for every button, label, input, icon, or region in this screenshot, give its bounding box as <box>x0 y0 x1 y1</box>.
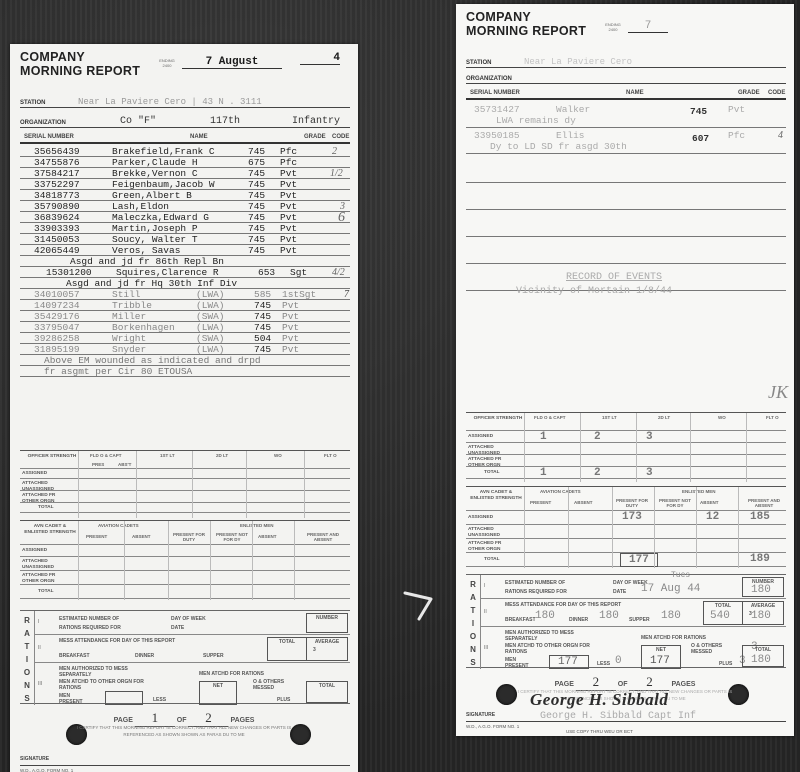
title-line-1: COMPANY <box>466 10 586 24</box>
absent-value: 12 <box>706 511 719 523</box>
col-grade: GRADE <box>304 134 326 140</box>
col-label: PRESENT AND ABSENT <box>300 532 346 542</box>
col-label: PRESENT FOR DUTY <box>616 498 648 508</box>
date-value: 17 Aug 44 <box>641 583 700 595</box>
wounded-row: 14097234Tribble(LWA)745Pvt <box>20 300 350 311</box>
entry-row: 35790890Lash,Eldon745Pvt3 <box>20 201 350 212</box>
entry-row: 33752297Feigenbaum,Jacob W745Pvt <box>20 179 350 190</box>
wounded-row: 33795047Borkenhagen(LWA)745Pvt <box>20 322 350 333</box>
total-box: TOTAL <box>267 637 307 661</box>
assigned-value: 1 <box>540 431 547 443</box>
form-title: COMPANY MORNING REPORT <box>466 10 586 38</box>
note-row: Asgd and jd fr Hq 30th Inf Div <box>20 278 350 289</box>
column-header: SERIAL NUMBER NAME GRADE CODE <box>466 88 786 100</box>
group-label: FLT O <box>766 415 779 420</box>
net-box: NET177 <box>641 645 681 669</box>
ending-date: 7 <box>628 20 668 33</box>
wounded-row: 31895199Snyder(LWA)745Pvt <box>20 344 350 355</box>
group-label: ENLISTED MEN <box>240 523 274 528</box>
dinner-value: 180 <box>599 610 619 622</box>
number-box: NUMBER <box>306 613 348 633</box>
group-label: FLT O <box>324 453 337 458</box>
entry-row: 15301200Squires,Clarence R653Sgt4/2 <box>20 267 350 278</box>
men-present-box <box>105 691 143 705</box>
row-label: TOTAL <box>484 557 500 563</box>
note-row: Above EM wounded as indicated and drpd <box>20 355 350 366</box>
col-grade: GRADE <box>738 90 760 96</box>
average-box: AVERAGE <box>306 637 348 661</box>
wounded-row: 34010057Still(LWA)5851stSgt7 <box>20 289 350 300</box>
station-label: STATION <box>466 60 491 66</box>
officer-strength-table: OFFICER STRENGTH FLD O & CAPT 1ST LT 2D … <box>20 450 350 518</box>
footer-note: USE COPY THRU WEU OR BCT <box>566 729 633 734</box>
present-for-duty-value: 173 <box>622 511 642 523</box>
group-label: AVIATION CADETS <box>540 489 581 494</box>
rations-men: III MEN AUTHORIZED TO MESS SEPARATELY ME… <box>34 663 350 705</box>
entry-row: 35656439Brakefield,Frank C745Pfc2 <box>20 146 350 157</box>
officer-strength-label: OFFICER STRENGTH <box>468 416 528 422</box>
wounded-row: 39286258Wright(SWA)504Pvt <box>20 333 350 344</box>
rations-total-box: TOTAL <box>306 681 348 703</box>
entry-row: 31450053Soucy, Walter T745Pvt <box>20 234 350 245</box>
officer-strength-label: OFFICER STRENGTH <box>22 454 82 460</box>
ending-date: 7 August <box>182 56 282 69</box>
group-label: ENLISTED MEN <box>682 489 716 494</box>
margin-initials: JK <box>768 382 788 403</box>
col-label: ABSENT <box>700 500 719 505</box>
ending-label: ENDING 2400 <box>158 58 176 68</box>
col-serial: SERIAL NUMBER <box>470 90 520 96</box>
day-of-week-value: Tues <box>671 571 690 580</box>
station-value: Near La Paviere Cero <box>524 57 632 67</box>
total-present-and-absent: 189 <box>750 553 770 565</box>
col-code: CODE <box>332 134 349 140</box>
assigned-value: 3 <box>646 431 653 443</box>
entry-row: 34755876Parker,Claude H675Pfc <box>20 157 350 168</box>
row-label: ATTACHED UNASSIGNED <box>22 559 62 571</box>
column-header: SERIAL NUMBER NAME GRADE CODE <box>20 132 350 144</box>
men-present-box: 177 <box>549 655 589 669</box>
net-box: NET <box>199 681 237 705</box>
org-company: Co "F" <box>120 116 156 127</box>
average-box: AVERAGE180 <box>742 601 784 625</box>
col-code: CODE <box>768 90 785 96</box>
signature-line: SIGNATURE <box>20 756 350 766</box>
station-value: Near La Paviere Cero | 43 N . 3111 <box>78 97 262 107</box>
row-label: ATTACHED UNASSIGNED <box>468 527 508 539</box>
less-value: 0 <box>615 655 622 667</box>
organization-label: ORGANIZATION <box>466 76 512 82</box>
record-of-events-title: RECORD OF EVENTS <box>566 272 662 283</box>
col-label: ABSENT <box>574 500 593 505</box>
group-label: 1ST LT <box>160 453 175 458</box>
entries-list: 35656439Brakefield,Frank C745Pfc2 347558… <box>20 146 350 377</box>
hand-drawn-seven-marker <box>403 589 441 621</box>
total-value: 1 <box>540 467 547 479</box>
supper-value: 180 <box>661 610 681 622</box>
left-morning-report: COMPANY MORNING REPORT ENDING 2400 7 Aug… <box>10 44 358 772</box>
group-label: FLD O & CAPT <box>90 453 122 458</box>
assigned-value: 2 <box>594 431 601 443</box>
present-and-absent-value: 185 <box>750 511 770 523</box>
ending-label: ENDING 2400 <box>604 22 622 32</box>
subcol-label: ABS'T <box>118 462 131 467</box>
rations-estimate: I ESTIMATED NUMBER OF RATIONS REQUIRED F… <box>480 575 786 599</box>
rations-letters: RATIONS <box>466 575 480 667</box>
col-name: NAME <box>190 134 208 140</box>
entry-row: 34818773Green,Albert B745Pvt <box>20 190 350 201</box>
row-label: TOTAL <box>38 505 54 511</box>
rations-section: RATIONS I ESTIMATED NUMBER OF RATIONS RE… <box>20 610 350 704</box>
title-line-2: MORNING REPORT <box>466 24 586 38</box>
group-label: WO <box>274 453 282 458</box>
officer-strength-table: OFFICER STRENGTH FLD O & CAPT 1ST LT 2D … <box>466 412 786 482</box>
organization-label: ORGANIZATION <box>20 120 66 126</box>
col-label: PRESENT NOT FOR DY <box>212 532 252 542</box>
row-label: ASSIGNED <box>22 471 47 477</box>
group-label: 2D LT <box>658 415 670 420</box>
ending-year: 4 <box>300 52 340 65</box>
note-row: Asgd and jd fr 86th Repl Bn <box>20 256 350 267</box>
organization-row: ORGANIZATION <box>466 70 786 84</box>
rations-estimate: I ESTIMATED NUMBER OF RATIONS REQUIRED F… <box>34 611 350 635</box>
col-label: ABSENT <box>258 534 277 539</box>
col-serial: SERIAL NUMBER <box>24 134 74 140</box>
station-row: STATION Near La Paviere Cero | 43 N . 31… <box>20 94 350 108</box>
total-box: TOTAL540 <box>703 601 743 625</box>
wounded-row: 35429176Miller(SWA)745Pvt <box>20 311 350 322</box>
org-branch: Infantry <box>292 116 340 127</box>
rations-letters: RATIONS <box>20 611 34 703</box>
form-number: W.D., A.G.O. FORM NO. 1 <box>20 768 73 772</box>
row-label: TOTAL <box>38 589 54 595</box>
total-present-for-duty: 177 <box>620 553 658 567</box>
col-label: PRESENT <box>86 534 107 539</box>
mess-attendance: II MESS ATTENDANCE FOR DAY OF THIS REPOR… <box>480 599 786 627</box>
row-label: TOTAL <box>484 470 500 476</box>
col-label: PRESENT <box>530 500 551 505</box>
mess-attendance: II MESS ATTENDANCE FOR DAY OF THIS REPOR… <box>34 635 350 663</box>
right-morning-report: COMPANY MORNING REPORT ENDING 2400 7 STA… <box>456 4 794 736</box>
title-line-2: MORNING REPORT <box>20 64 140 78</box>
certification-text: I CERTIFY THAT THIS MORNING REPORT IS CO… <box>70 724 298 738</box>
col-name: NAME <box>626 90 644 96</box>
total-value: 2 <box>594 467 601 479</box>
entry-row: 35731427 Walker 745 Pvt LWA remains dy <box>466 102 786 128</box>
row-label: ATTACHED FR OTHER ORGN <box>22 573 62 585</box>
row-label: ATTACHED FR OTHER ORGN <box>468 541 508 553</box>
group-label: AVIATION CADETS <box>98 523 139 528</box>
org-regiment: 117th <box>210 116 240 127</box>
station-row: STATION Near La Paviere Cero <box>466 54 786 68</box>
row-label: ASSIGNED <box>22 548 47 554</box>
enlisted-strength-label: AVN CADET & ENLISTED STRENGTH <box>468 490 524 502</box>
entry-row: 36839624Maleczka,Edward G745Pvt6 <box>20 212 350 223</box>
col-label: PRESENT FOR DUTY <box>172 532 206 542</box>
organization-row: ORGANIZATION Co "F" 117th Infantry <box>20 112 350 128</box>
handwritten-signature: George H. Sibbald <box>530 690 668 710</box>
subcol-label: PRES <box>92 462 104 467</box>
enlisted-strength-label: AVN CADET & ENLISTED STRENGTH <box>22 524 78 536</box>
entry-row: 37584217Brekke,Vernon C745Pvt1/2 <box>20 168 350 179</box>
form-title: COMPANY MORNING REPORT <box>20 50 140 78</box>
title-line-1: COMPANY <box>20 50 140 64</box>
col-label: PRESENT NOT FOR DY <box>656 498 694 508</box>
enlisted-strength-table: AVN CADET & ENLISTED STRENGTH AVIATION C… <box>466 486 786 568</box>
enlisted-strength-table: AVN CADET & ENLISTED STRENGTH AVIATION C… <box>20 520 350 600</box>
group-label: 2D LT <box>216 453 228 458</box>
group-label: WO <box>718 415 726 420</box>
group-label: 1ST LT <box>602 415 617 420</box>
entries-list: 35731427 Walker 745 Pvt LWA remains dy 3… <box>466 102 786 154</box>
entry-row: 33950185 Ellis 607 Pfc 4 Dy to LD SD fr … <box>466 128 786 154</box>
note-row: fr asgmt per Cir 80 ETOUSA <box>20 366 350 377</box>
entry-row: 42065449Veros, Savas745Pvt <box>20 245 350 256</box>
breakfast-value: 180 <box>535 610 555 622</box>
col-label: PRESENT AND ABSENT <box>742 498 786 508</box>
col-label: ABSENT <box>132 534 151 539</box>
rations-total-box: TOTAL180 <box>742 645 784 667</box>
entry-row: 33903393Martin,Joseph P745Pvt <box>20 223 350 234</box>
row-label: ASSIGNED <box>468 434 493 440</box>
station-label: STATION <box>20 100 45 106</box>
record-of-events-text: Vicinity of Mortain 1/8/44 <box>516 286 672 297</box>
punch-hole-icon <box>496 684 517 705</box>
total-value: 3 <box>646 467 653 479</box>
form-number: W.D., A.G.O. FORM NO. 1 <box>466 724 519 729</box>
rations-section: RATIONS I ESTIMATED NUMBER OF RATIONS RE… <box>466 574 786 668</box>
row-label: ASSIGNED <box>468 515 493 521</box>
rations-men: III MEN AUTHORIZED TO MESS SEPARATELY ME… <box>480 627 786 669</box>
number-box: NUMBER180 <box>742 577 784 597</box>
signature-line: SIGNATURE <box>466 712 786 722</box>
group-label: FLD O & CAPT <box>534 415 566 420</box>
